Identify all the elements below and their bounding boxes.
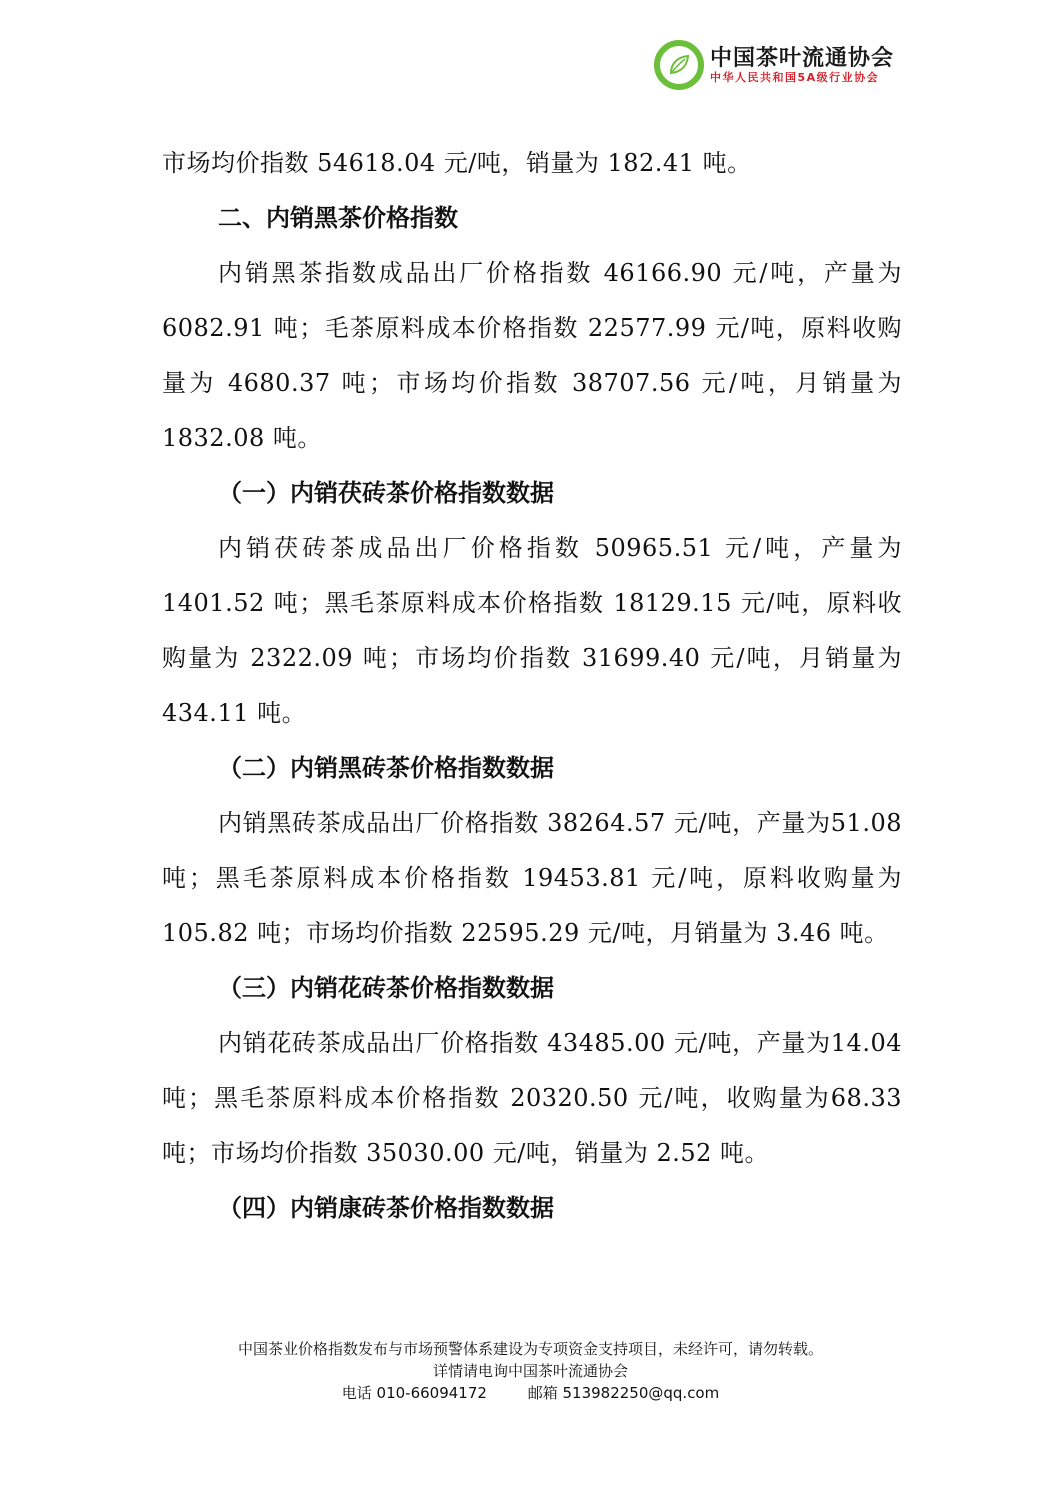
section-heading-dark-tea: 二、内销黑茶价格指数 bbox=[162, 191, 902, 246]
subsection-paragraph-huazhuan: 内销花砖茶成品出厂价格指数 43485.00 元/吨，产量为14.04 吨；黑毛… bbox=[162, 1016, 902, 1181]
footer-copyright-notice: 中国茶业价格指数发布与市场预警体系建设为专项资金支持项目，未经许可，请勿转载。 bbox=[0, 1338, 1061, 1360]
footer-email: 邮箱 513982250@qq.com bbox=[528, 1384, 720, 1402]
subsection-heading-huazhuan: （三）内销花砖茶价格指数数据 bbox=[162, 961, 902, 1016]
subsection-heading-fuzhuan: （一）内销茯砖茶价格指数数据 bbox=[162, 466, 902, 521]
subsection-paragraph-fuzhuan: 内销茯砖茶成品出厂价格指数 50965.51 元/吨，产量为1401.52 吨；… bbox=[162, 521, 902, 741]
intro-paragraph: 市场均价指数 54618.04 元/吨，销量为 182.41 吨。 bbox=[162, 136, 902, 191]
logo-subtitle: 中华人民共和国5A级行业协会 bbox=[710, 71, 894, 85]
subsection-heading-heizhuan: （二）内销黑砖茶价格指数数据 bbox=[162, 741, 902, 796]
footer-phone: 电话 010-66094172 bbox=[342, 1384, 487, 1402]
section-paragraph-dark-tea: 内销黑茶指数成品出厂价格指数 46166.90 元/吨，产量为6082.91 吨… bbox=[162, 246, 902, 466]
footer-contact: 电话 010-66094172 邮箱 513982250@qq.com bbox=[0, 1382, 1061, 1404]
subsection-paragraph-heizhuan: 内销黑砖茶成品出厂价格指数 38264.57 元/吨，产量为51.08 吨；黑毛… bbox=[162, 796, 902, 961]
document-body: 市场均价指数 54618.04 元/吨，销量为 182.41 吨。 二、内销黑茶… bbox=[162, 136, 902, 1236]
tea-leaf-emblem-icon bbox=[654, 40, 704, 90]
subsection-heading-kangzhuan: （四）内销康砖茶价格指数数据 bbox=[162, 1181, 902, 1236]
organization-logo: 中国茶叶流通协会 中华人民共和国5A级行业协会 bbox=[654, 38, 894, 92]
page-footer: 中国茶业价格指数发布与市场预警体系建设为专项资金支持项目，未经许可，请勿转载。 … bbox=[0, 1338, 1061, 1404]
logo-title: 中国茶叶流通协会 bbox=[710, 45, 894, 71]
footer-inquiry-line: 详情请电询中国茶叶流通协会 bbox=[0, 1360, 1061, 1382]
